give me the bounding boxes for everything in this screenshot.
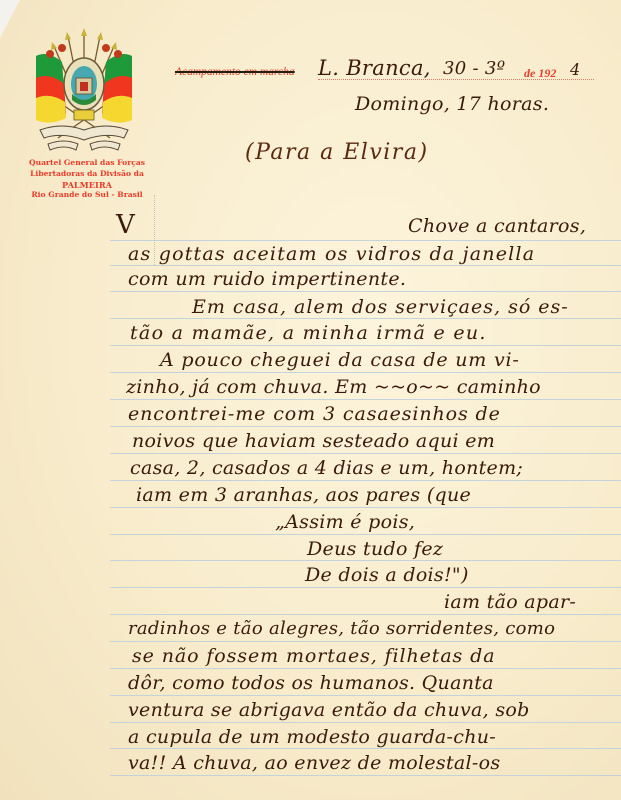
body-line: noivos que haviam sesteado aqui em (132, 430, 495, 452)
ruled-line (110, 534, 621, 535)
ruled-line (110, 453, 621, 454)
ruled-line (110, 587, 621, 588)
ruled-line (110, 480, 621, 481)
ruled-line (110, 641, 621, 642)
ruled-line (110, 560, 621, 561)
body-line: dôr, como todos os humanos. Quanta (128, 672, 494, 694)
ruled-line (110, 240, 621, 241)
body-line: Em casa, alem dos serviçaes, só es- (192, 296, 569, 318)
salutation: (Para a Elvira) (245, 140, 429, 165)
body-line: com um ruido impertinente. (128, 268, 406, 290)
dateline-place: L. Branca, (318, 56, 431, 80)
ruled-line (110, 318, 621, 319)
ruled-line (110, 345, 621, 346)
ruled-line (110, 614, 621, 615)
body-line: Chove a cantaros, (408, 215, 586, 237)
body-line: zinho, já com chuva. Em ~~o~~ caminho (126, 376, 541, 398)
body-line: casa, 2, casados a 4 dias e um, hontem; (130, 457, 523, 479)
ruled-line (110, 265, 621, 266)
ruled-line (110, 775, 621, 776)
ruled-line (110, 399, 621, 400)
ruled-line (110, 748, 621, 749)
body-line: a cupula de um modesto guarda-chu- (128, 726, 496, 748)
printed-year-prefix: de 192 (524, 66, 556, 81)
body-line: De dois a dois!") (305, 564, 469, 586)
body-line: iam em 3 aranhas, aos pares (que (136, 484, 471, 506)
body-line: A pouco cheguei da casa de um vi- (160, 349, 520, 371)
body-line: radinhos e tão alegres, tão sorridentes,… (128, 618, 555, 639)
body-line: as gottas aceitam os vidros da janella (128, 243, 535, 265)
margin-mark: V (116, 210, 135, 240)
body-line: „Assim é pois, (275, 511, 415, 533)
ruled-line (110, 426, 621, 427)
ruled-line (110, 668, 621, 669)
body-line: ventura se abrigava então da chuva, sob (128, 699, 530, 721)
letterhead-line: Rio Grande do Sul - Brasil (16, 190, 158, 201)
body-line: encontrei-me com 3 casaesinhos de (128, 403, 501, 425)
ruled-line (110, 291, 621, 292)
ruled-line (110, 695, 621, 696)
ruled-line (110, 372, 621, 373)
year-digit: 4 (570, 60, 580, 79)
ruled-line (110, 722, 621, 723)
body-line: Deus tudo fez (307, 538, 443, 560)
dateline-date: 30 - 3º (443, 58, 505, 79)
body-line: iam tão apar- (444, 591, 576, 613)
body-line: va!! A chuva, ao envez de molestal-os (128, 752, 500, 774)
letter-page: Quartel General das Forças Libertadoras … (0, 0, 621, 800)
printed-place-struck: Acampamento em marcha (175, 66, 295, 78)
letterhead-line: Quartel General das Forças (16, 158, 158, 169)
letterhead-text: Quartel General das Forças Libertadoras … (16, 158, 158, 201)
coat-of-arms-icon (28, 26, 140, 154)
body-line: tão a mamãe, a minha irmã e eu. (130, 322, 487, 344)
letterhead-line: PALMEIRA (16, 180, 158, 191)
body-line: se não fossem mortaes, filhetas da (132, 645, 495, 667)
ruled-line (110, 507, 621, 508)
weekday-time: Domingo, 17 horas. (355, 93, 549, 115)
letterhead-line: Libertadoras da Divisão da (16, 169, 158, 180)
